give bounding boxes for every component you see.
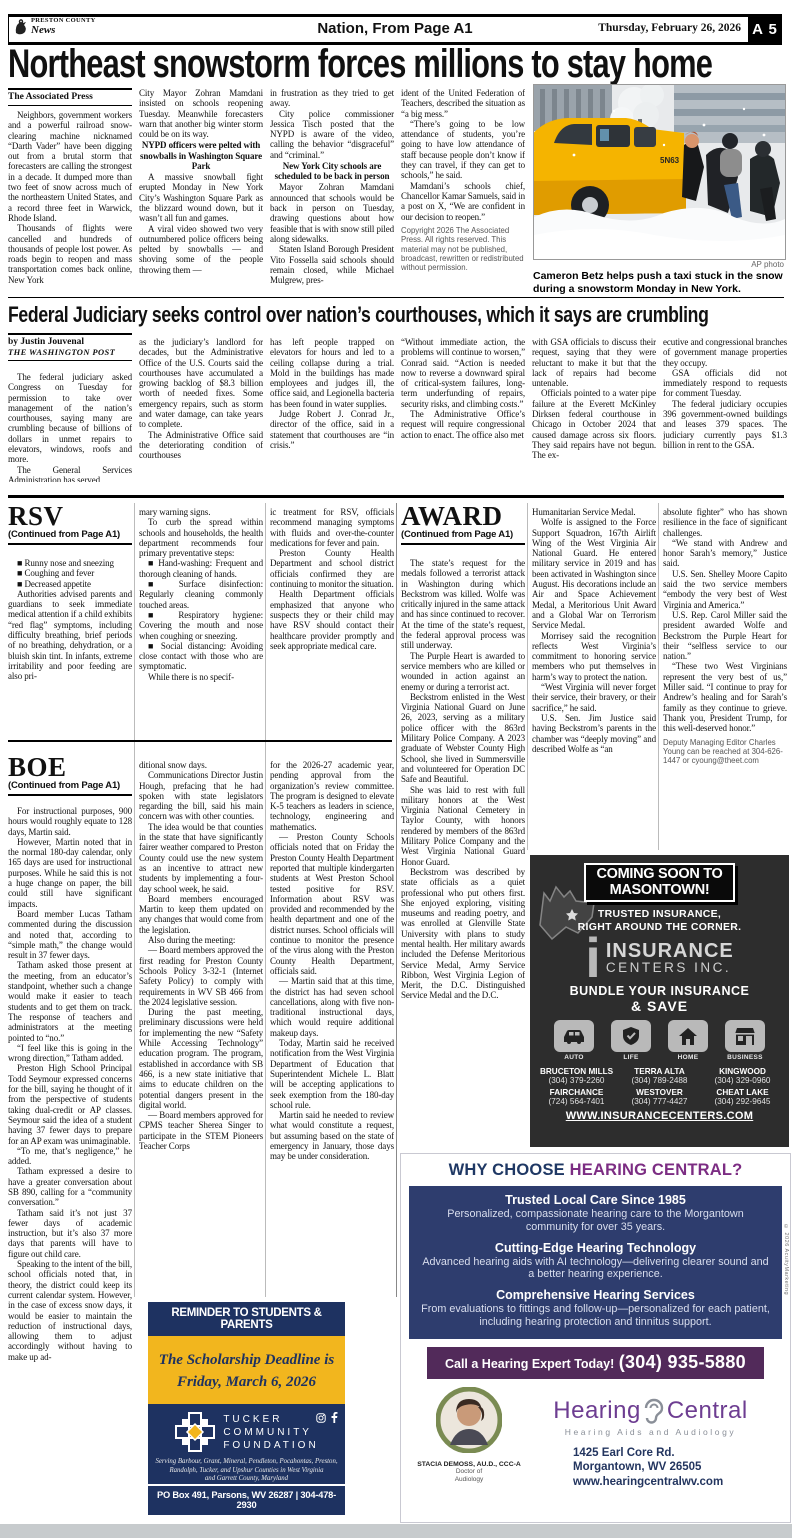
paragraph: Officials pointed to a water pipe failur… [532,388,656,460]
paragraph: The idea would be that counties in the s… [139,822,263,894]
lead-column-1: Neighbors, government workers and a powe… [8,110,132,296]
paragraph: Tatham expressed a desire to have a grea… [8,1166,132,1207]
paragraph: Tatham asked those present at the meetin… [8,960,132,1042]
lead-column-3: in frustration as they tried to get away… [270,88,394,296]
service-life: LIFE [609,1020,653,1061]
paragraph: Beckstrom enlisted in the West Virginia … [401,692,525,785]
paragraph: Mamdani’s schools chief, Chancellor Kama… [401,181,525,222]
award-column-3: absolute fighter” who has shown resilien… [663,507,787,855]
location: CHEAT LAKE(304) 292-9645 [702,1088,783,1106]
award-column-1: The state’s request for the medals follo… [401,558,525,1146]
divider-rule [8,297,784,298]
reminder-banner: REMINDER TO STUDENTS & PARENTS [148,1302,345,1336]
location: KINGWOOD(304) 329-0960 [702,1067,783,1085]
paragraph: with GSA officials to discuss their requ… [532,337,656,388]
judiciary-column-4: “Without immediate action, the problems … [401,337,525,483]
paragraph: Communications Director Justin Hough, pr… [139,770,263,821]
location: FAIRCHANCE(724) 564-7401 [536,1088,617,1106]
paragraph: Today, Martin said he received notificat… [270,1038,394,1110]
paragraph: ■ Runny nose and sneezing [8,558,132,568]
judiciary-byline: by Justin Jouvenal THE WASHINGTON POST [8,333,132,361]
hearing-cta-bar: Call a Hearing Expert Today! (304) 935-5… [427,1347,764,1379]
paragraph: Thousands of flights were cancelled and … [8,223,132,285]
paragraph: The Purple Heart is awarded to service m… [401,651,525,692]
facebook-icon [330,1412,338,1423]
paragraph: in frustration as they tried to get away… [270,88,394,109]
insurance-centers-ad: COMING SOON TO MASONTOWN! TRUSTED INSURA… [530,855,789,1147]
insurance-tagline: TRUSTED INSURANCE, RIGHT AROUND THE CORN… [530,908,789,934]
rsv-bottom-rule [8,740,392,742]
paragraph: NYPD officers were pelted with snowballs… [139,140,263,171]
hearing-features-panel: Trusted Local Care Since 1985 Personaliz… [409,1186,782,1339]
car-icon [554,1020,594,1052]
award-column-2: Humanitarian Service Medal.Wolfe is assi… [532,507,656,849]
paragraph: GSA officials did not immediately respon… [663,368,787,399]
paragraph: Neighbors, government workers and a powe… [8,110,132,223]
news-photo-taxi-snow: 5N63 [533,84,786,260]
rsv-section-head: RSV (Continued from Page A1) [8,503,132,545]
paragraph: as the judiciary’s landlord for decades,… [139,337,263,430]
quilt-block-icon [174,1411,216,1453]
paragraph: The General Services Administration has … [8,465,132,482]
paragraph: Morrisey said the recognition reflects W… [532,631,656,682]
lead-column-2: City Mayor Zohran Mamdani insisted on sc… [139,88,263,296]
boe-section-head: BOE (Continued from Page A1) [8,754,132,796]
paragraph: ecutive and congressional branches of go… [663,337,787,368]
paragraph: The Administrative Office said the deter… [139,430,263,461]
judiciary-headline: Federal Judiciary seeks control over nat… [8,301,784,329]
paragraph: “We stand with Andrew and honor Sarah’s … [663,538,787,569]
boe-column-1: For instructional purposes, 900 hours wo… [8,806,132,1520]
paragraph: Speaking to the intent of the bill, scho… [8,1259,132,1362]
judiciary-column-5: with GSA officials to discuss their requ… [532,337,656,483]
location: BRUCETON MILLS(304) 379-2260 [536,1067,617,1085]
home-icon [668,1020,708,1052]
insurance-i-logo-icon: i [585,936,601,980]
instagram-icon [316,1413,326,1423]
column-divider [527,503,528,850]
paragraph: Board member Lucas Tatham commented duri… [8,909,132,960]
paragraph: Tatham said it’s not just 37 fewer days … [8,1208,132,1259]
paragraph: ident of the United Federation of Teache… [401,88,525,119]
paragraph: New York City schools are scheduled to b… [270,161,394,181]
paragraph: ditional snow days. [139,760,263,770]
hearing-website-link: www.hearingcentralwv.com [573,1475,780,1490]
insurance-website-link: WWW.INSURANCECENTERS.COM [530,1110,789,1122]
paragraph: A viral video showed two very outnumbere… [139,224,263,275]
paragraph: Preston High School Principal Todd Seymo… [8,1063,132,1145]
section-rule [8,495,784,498]
paragraph: To curb the spread within schools and ho… [139,517,263,558]
paragraph: Health Department officials emphasized t… [270,589,394,651]
paragraph: mary warning signs. [139,507,263,517]
service-business: BUSINESS [723,1020,767,1061]
insurance-service-icons: AUTO LIFE HOME [530,1020,789,1061]
paragraph: “There’s going to be low attendance of s… [401,119,525,181]
paragraph: The federal judiciary asked Congress on … [8,372,132,465]
paragraph: Martin said he needed to review what wou… [270,1110,394,1161]
paragraph: Copyright 2026 The Associated Press. All… [401,226,525,273]
award-section-head: AWARD (Continued from Page A1) [401,503,525,545]
feature: Comprehensive Hearing Services From eval… [421,1288,770,1329]
paragraph: Deputy Managing Editor Charles Young can… [663,738,787,766]
paragraph: U.S. Sen. Jim Justice said having Beckst… [532,713,656,754]
serving-counties-text: Serving Barbour, Grant, Mineral, Pendlet… [148,1458,345,1484]
paragraph: City police commissioner Jessica Tisch p… [270,109,394,160]
paragraph: “I feel like this is going in the wrong … [8,1043,132,1064]
paragraph: Mayor Zohran Mamdani announced that scho… [270,182,394,244]
paragraph: for the 2026-27 academic year, pending a… [270,760,394,832]
hearing-phone: (304) 935-5880 [619,1352,746,1372]
column-divider [396,503,397,1297]
paragraph: Also during the meeting: [139,935,263,945]
hearing-central-logo: Hearing Central [521,1397,780,1425]
paragraph: However, Martin noted that in the normal… [8,837,132,909]
paragraph: U.S. Rep. Carol Miller said the presiden… [663,610,787,661]
taxi-snow-illustration: 5N63 [534,85,785,259]
photo-credit: AP photo [533,260,784,269]
paragraph: The state’s request for the medals follo… [401,558,525,651]
column-divider [658,503,659,850]
paragraph: Wolfe is assigned to the Force Support S… [532,517,656,630]
ear-icon [643,1398,665,1424]
paragraph: Judge Robert J. Conrad Jr., director of … [270,409,394,450]
feature: Trusted Local Care Since 1985 Personaliz… [421,1193,770,1234]
judiciary-column-1: The federal judiciary asked Congress on … [8,372,132,482]
paragraph: The Administrative Office’s request will… [401,409,525,440]
paragraph: Preston County Health Department and sch… [270,548,394,589]
service-auto: AUTO [552,1020,596,1061]
newspaper-page: PRESTON COUNTY News Nation, From Page A1… [0,0,792,1538]
hearing-ad-headline: WHY CHOOSE HEARING CENTRAL? [401,1161,790,1180]
feature: Cutting-Edge Hearing Technology Advanced… [421,1241,770,1282]
service-home: HOME [666,1020,710,1061]
storefront-icon [725,1020,765,1052]
judiciary-column-3: has left people trapped on elevators for… [270,337,394,483]
rsv-column-2: mary warning signs.To curb the spread wi… [139,507,263,737]
paragraph: U.S. Sen. Shelley Moore Capito said the … [663,569,787,610]
paragraph: ■ Social distancing: Avoiding close cont… [139,641,263,672]
paragraph: Staten Island Borough President Vito Fos… [270,244,394,285]
paragraph: ■ Coughing and fever [8,568,132,578]
svg-text:5N63: 5N63 [660,156,680,165]
paragraph: ■ Decreased appetite [8,579,132,589]
paragraph: ■ Respiratory hygiene: Covering the mout… [139,610,263,641]
paragraph: City Mayor Zohran Mamdani insisted on sc… [139,88,263,139]
issue-date: Thursday, February 26, 2026 [598,22,741,34]
rsv-column-1: ■ Runny nose and sneezing■ Coughing and … [8,558,132,738]
paragraph: has left people trapped on elevators for… [270,337,394,409]
judiciary-column-6: ecutive and congressional branches of go… [663,337,787,483]
coming-soon-banner: COMING SOON TO MASONTOWN! [584,863,734,902]
paragraph: ic treatment for RSV, officials recommen… [270,507,394,548]
hearing-address: 1425 Earl Core Rd. Morgantown, WV 26505 … [573,1446,780,1490]
shield-check-icon [611,1020,651,1052]
column-divider [134,503,135,1297]
boe-column-2: ditional snow days.Communications Direct… [139,760,263,1297]
paragraph: — Board members approved for CPMS teache… [139,1110,263,1151]
lead-column-4: ident of the United Federation of Teache… [401,88,525,296]
ad-copyright-vertical: © 2026 AcuityMarketing [783,1224,789,1295]
location: TERRA ALTA(304) 789-2488 [619,1067,700,1085]
paragraph: — Board members approved the first readi… [139,945,263,1007]
lead-byline: The Associated Press [8,88,132,106]
rsv-column-3: ic treatment for RSV, officials recommen… [270,507,394,737]
paragraph: “Without immediate action, the problems … [401,337,525,409]
insurance-locations: BRUCETON MILLS(304) 379-2260 TERRA ALTA(… [536,1067,783,1106]
doctor-profile: STACIA DEMOSS, AU.D., CCC-A Doctor of Au… [417,1387,521,1490]
paragraph: During the past meeting, preliminary dis… [139,1007,263,1110]
lead-headline: Northeast snowstorm forces millions to s… [8,42,784,87]
doctor-portrait [436,1387,502,1453]
column-divider [265,503,266,1297]
paragraph: For instructional purposes, 900 hours wo… [8,806,132,837]
paragraph: “These two West Virginians represent the… [663,661,787,733]
paragraph: — Preston County Schools officials noted… [270,832,394,976]
masthead-bar: PRESTON COUNTY News Nation, From Page A1… [8,14,782,45]
paragraph: The federal judiciary occupies 396 gover… [663,399,787,450]
paragraph: ■ Hand-washing: Frequent and thorough cl… [139,558,263,579]
hearing-central-ad: WHY CHOOSE HEARING CENTRAL? Trusted Loca… [400,1153,791,1523]
paragraph: — Martin said that at this time, the dis… [270,976,394,1038]
paragraph: “To me, that’s negligence,” he added. [8,1146,132,1167]
paragraph: Humanitarian Service Medal. [532,507,656,517]
paragraph: A massive snowball fight erupted Monday … [139,172,263,223]
paragraph: Beckstrom was described by state officia… [401,867,525,1001]
paragraph: While there is no specif- [139,672,263,682]
bundle-line: BUNDLE YOUR INSURANCE [530,984,789,998]
tucker-foundation-ad: REMINDER TO STUDENTS & PARENTS The Schol… [148,1302,345,1515]
tucker-contact-info: PO Box 491, Parsons, WV 26287 | 304-478-… [148,1484,345,1515]
page-bottom-edge [0,1524,792,1538]
photo-caption: Cameron Betz helps push a taxi stuck in … [533,270,784,295]
page-number-badge: A 5 [748,14,782,45]
paragraph: She was laid to rest with full military … [401,785,525,867]
boe-column-3: for the 2026-27 academic year, pending a… [270,760,394,1297]
social-icons [316,1412,338,1423]
paragraph: absolute fighter” who has shown resilien… [663,507,787,538]
paragraph: “West Virginia will never forget their s… [532,682,656,713]
paragraph: Board members encouraged Martin to keep … [139,894,263,935]
insurance-logo: i INSURANCE CENTERS INC. [530,936,789,980]
paragraph: Authorities advised parents and guardian… [8,589,132,682]
scholarship-deadline: The Scholarship Deadline is Friday, Marc… [148,1336,345,1404]
judiciary-column-2: as the judiciary’s landlord for decades,… [139,337,263,483]
location: WESTOVER(304) 777-4427 [619,1088,700,1106]
save-line: & SAVE [530,998,789,1014]
paragraph: ■ Surface disinfection: Regularly cleani… [139,579,263,610]
